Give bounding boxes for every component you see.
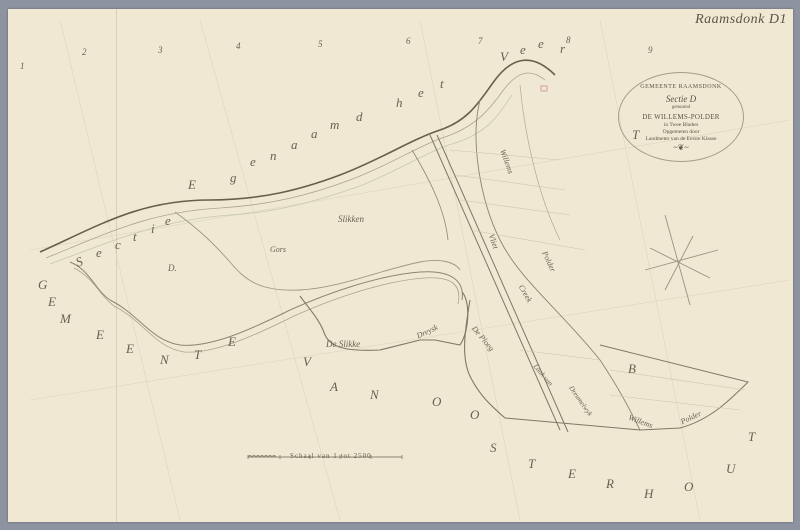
section-letter: e (96, 245, 102, 261)
margin-number: 4 (236, 41, 241, 51)
section-letter: h (396, 95, 403, 111)
compass-rose-icon (645, 215, 718, 305)
dike-line (40, 60, 555, 252)
section-letter: r (560, 41, 565, 57)
margin-number: 1 (20, 61, 25, 71)
section-letter: S (490, 440, 497, 456)
section-letter: T (194, 347, 201, 363)
scale-label: Schaal van 1 tot 2500 (290, 452, 372, 460)
section-letter: n (270, 148, 277, 164)
section-letter: T (528, 456, 535, 472)
section-letter: A (330, 379, 338, 395)
section-letter: E (188, 177, 196, 193)
section-letter: m (330, 117, 339, 133)
section-letter: a (311, 126, 318, 142)
municipality-title: GEMEENTE RAAMSDONK (618, 84, 744, 92)
section-letter: e (538, 36, 544, 52)
sheet-reference: Raamsdonk D1 (695, 12, 787, 28)
section-letter: N (370, 387, 379, 403)
parcel-label: De Slikke (326, 339, 360, 349)
section-letter: e (165, 213, 171, 229)
parcel-label: Gors (270, 245, 286, 254)
section-letter: t (133, 229, 137, 245)
section-letter: t (440, 76, 444, 92)
section-letter: e (418, 85, 424, 101)
section-letter: E (126, 341, 134, 357)
section-letter: H (644, 486, 653, 502)
section-letter: O (684, 479, 693, 495)
section-letter: T (632, 127, 639, 143)
section-letter: V (500, 49, 508, 65)
margin-number: 9 (648, 45, 653, 55)
section-letter: e (520, 42, 526, 58)
margin-number: 7 (478, 36, 483, 46)
section-letter: g (230, 170, 237, 186)
section-title: Sectie D (618, 94, 744, 105)
section-letter: U (726, 461, 735, 477)
margin-number: 6 (406, 36, 411, 46)
title-cartouche: GEMEENTE RAAMSDONK Sectie D genaamd DE W… (618, 72, 744, 162)
section-letter: B (628, 361, 636, 377)
section-letter: e (250, 154, 256, 170)
margin-number: 2 (82, 47, 87, 57)
section-letter: E (48, 294, 56, 310)
section-letter: a (291, 137, 298, 153)
section-letter: R (606, 476, 614, 492)
section-letter: N (160, 352, 169, 368)
section-letter: E (228, 334, 236, 350)
section-letter: O (432, 394, 441, 410)
section-letter: E (568, 466, 576, 482)
ornament-icon: ~❦~ (618, 143, 744, 153)
polder-name: DE WILLEMS-POLDER (618, 113, 744, 122)
map-sheet: Raamsdonk D1 GEMEENTE RAAMSDONK Sectie D… (8, 9, 793, 522)
section-letter: i (151, 221, 155, 237)
section-letter: d (356, 109, 363, 125)
margin-number: 8 (566, 35, 571, 45)
section-letter: c (115, 237, 121, 253)
margin-number: 3 (158, 45, 163, 55)
section-letter: E (96, 327, 104, 343)
section-letter: G (38, 277, 47, 293)
parcel-label: Slikken (338, 214, 364, 224)
parcel-label: D. (168, 263, 177, 273)
named-text: genaamd (618, 105, 744, 111)
section-letter: M (60, 311, 71, 327)
margin-number: 5 (318, 39, 323, 49)
section-letter: T (748, 429, 755, 445)
section-letter: O (470, 407, 479, 423)
section-letter: V (303, 354, 311, 370)
